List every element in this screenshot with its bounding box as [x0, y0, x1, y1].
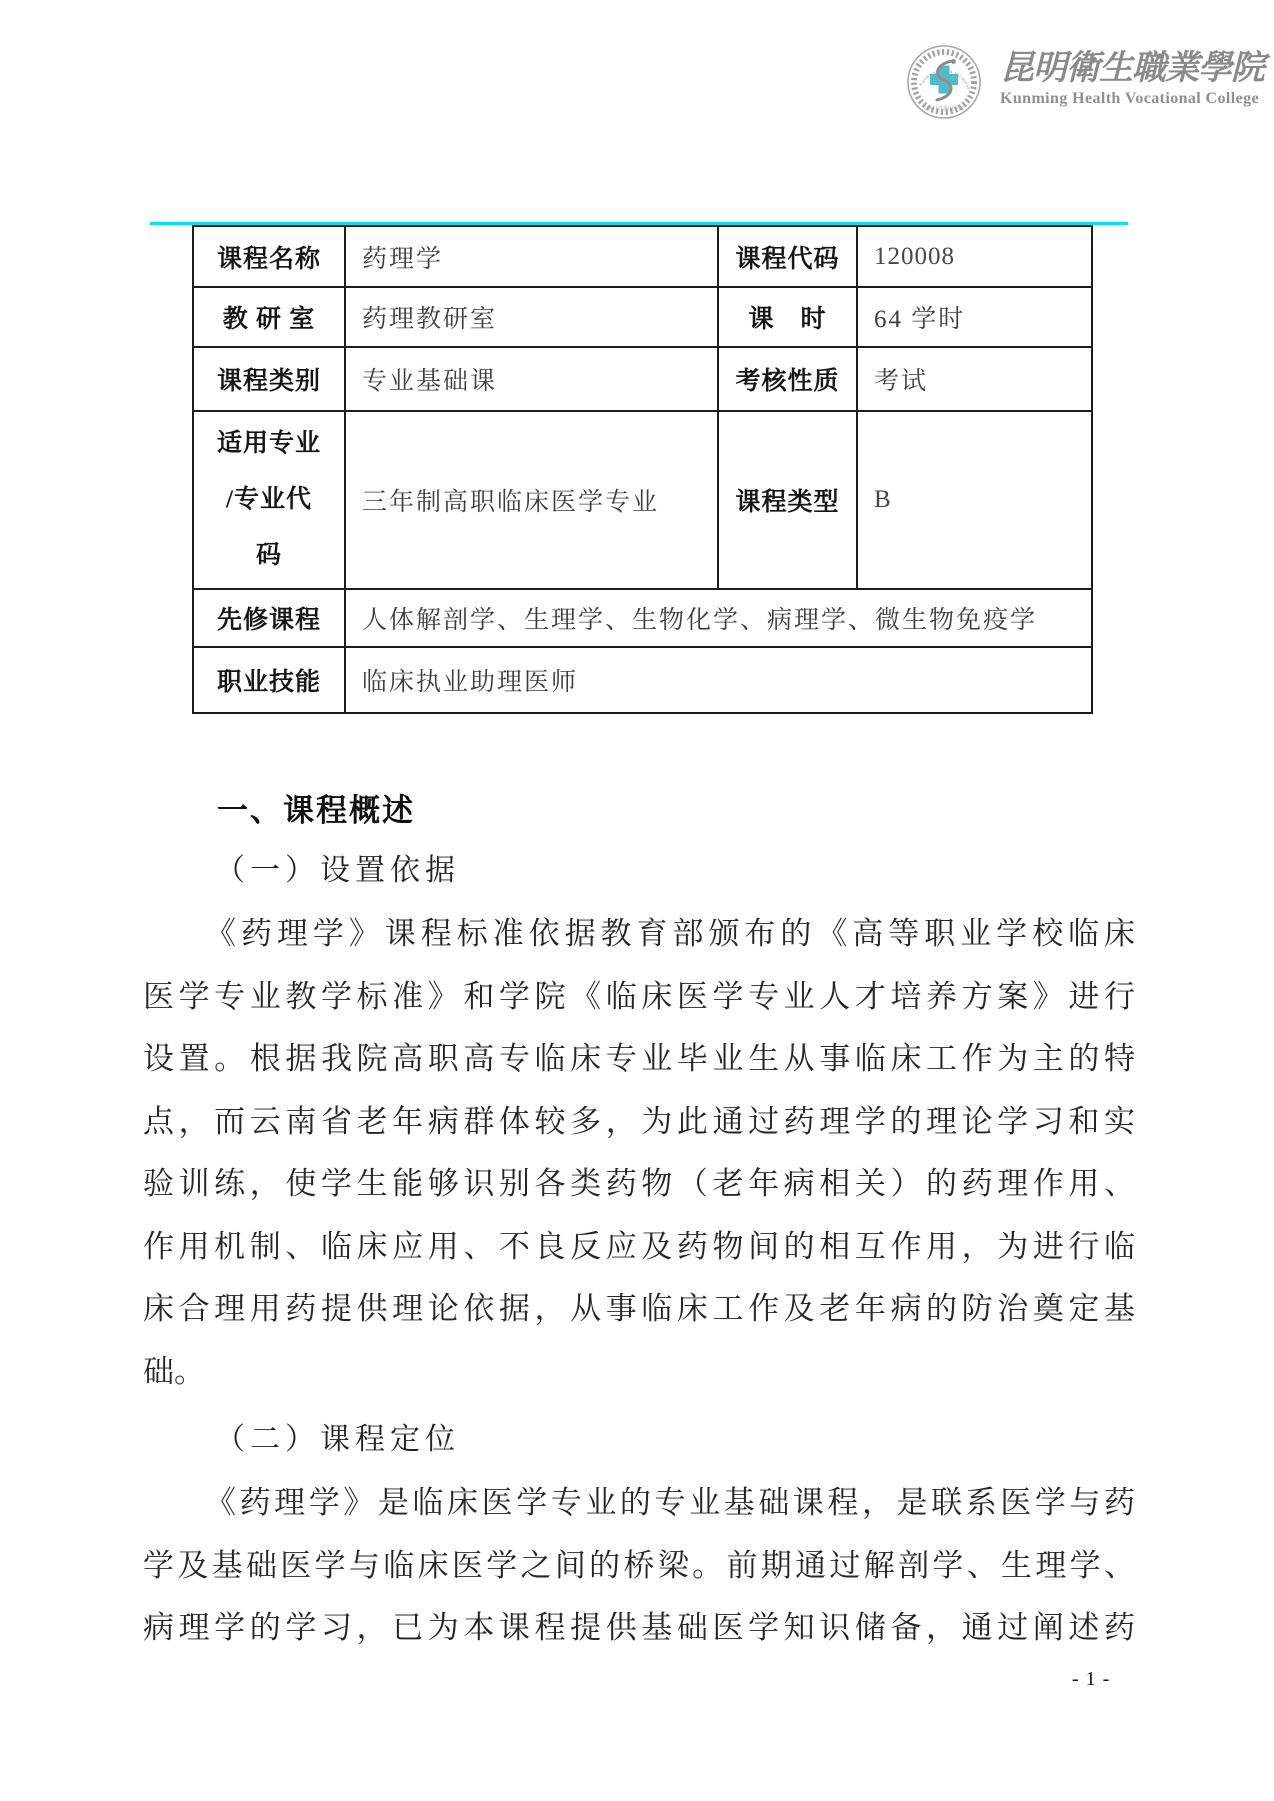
table-label-cell: 课程类型 [718, 411, 857, 589]
table-value-cell: 药理学 [345, 226, 718, 287]
page-number: - 1 - [1072, 1668, 1110, 1691]
table-value-cell: 120008 [857, 226, 1092, 287]
paragraph-line: 设置。根据我院高职高专临床专业毕业生从事临床工作为主的特 [143, 1028, 1135, 1091]
course-info-table: 课程名称药理学课程代码120008教 研 室药理教研室课 时64 学时课程类别专… [192, 225, 1093, 714]
college-name-english: Kunming Health Vocational College [1000, 89, 1258, 109]
table-label-cell: 课程代码 [718, 226, 857, 287]
table-label-cell: 适用专业/专业代码 [193, 411, 345, 589]
college-seal-icon: Kunming Health Vocational College 昆明卫生职业… [906, 44, 982, 120]
paragraph-line: 《药理学》是临床医学专业的专业基础课程，是联系医学与药 [143, 1472, 1135, 1535]
paragraph-line: 床合理用药提供理论依据，从事临床工作及老年病的防治奠定基 [143, 1278, 1135, 1341]
table-row: 教 研 室药理教研室课 时64 学时 [193, 287, 1092, 347]
college-name-calligraphy: 昆明衛生職業學院 [1000, 48, 1258, 88]
paragraph-line: 《药理学》课程标准依据教育部颁布的《高等职业学校临床 [143, 903, 1135, 966]
paragraph: 《药理学》课程标准依据教育部颁布的《高等职业学校临床医学专业教学标准》和学院《临… [143, 903, 1135, 1403]
paragraph: 《药理学》是临床医学专业的专业基础课程，是联系医学与药学及基础医学与临床医学之间… [143, 1472, 1135, 1660]
section-heading: 一、课程概述 [143, 788, 1135, 834]
table-value-cell: 三年制高职临床医学专业 [345, 411, 718, 589]
table-value-cell: 临床执业助理医师 [345, 647, 1092, 713]
sub-heading: （一）设置依据 [143, 846, 1135, 896]
table-value-cell: 专业基础课 [345, 347, 718, 411]
table-row: 适用专业/专业代码三年制高职临床医学专业课程类型B [193, 411, 1092, 589]
table-value-cell: 药理教研室 [345, 287, 718, 347]
table-row: 课程名称药理学课程代码120008 [193, 226, 1092, 287]
paragraph-line: 验训练，使学生能够识别各类药物（老年病相关）的药理作用、 [143, 1153, 1135, 1216]
paragraph-line: 作用机制、临床应用、不良反应及药物间的相互作用，为进行临 [143, 1216, 1135, 1279]
table-label-cell: 教 研 室 [193, 287, 345, 347]
table-row: 先修课程人体解剖学、生理学、生物化学、病理学、微生物免疫学 [193, 589, 1092, 647]
paragraph-line: 础。 [143, 1341, 1135, 1404]
paragraph-line: 医学专业教学标准》和学院《临床医学专业人才培养方案》进行 [143, 966, 1135, 1029]
seal-bottom-text: 昆明卫生职业学院 [924, 105, 964, 112]
table-value-cell: 考试 [857, 347, 1092, 411]
table-label-cell: 考核性质 [718, 347, 857, 411]
seal-dragon-head [951, 59, 956, 64]
table-value-cell: B [857, 411, 1092, 589]
table-label-cell: 职业技能 [193, 647, 345, 713]
table-label-cell: 课程类别 [193, 347, 345, 411]
table-label-cell: 先修课程 [193, 589, 345, 647]
table-value-cell: 64 学时 [857, 287, 1092, 347]
paragraph-line: 学及基础医学与临床医学之间的桥梁。前期通过解剖学、生理学、 [143, 1535, 1135, 1598]
table-label-cell: 课 时 [718, 287, 857, 347]
course-info-table-body: 课程名称药理学课程代码120008教 研 室药理教研室课 时64 学时课程类别专… [193, 226, 1092, 713]
table-value-cell: 人体解剖学、生理学、生物化学、病理学、微生物免疫学 [345, 589, 1092, 647]
table-label-line: 码 [195, 528, 343, 584]
table-label-line: /专业代 [195, 472, 343, 528]
sections: （一）设置依据《药理学》课程标准依据教育部颁布的《高等职业学校临床医学专业教学标… [143, 846, 1135, 1660]
table-row: 课程类别专业基础课考核性质考试 [193, 347, 1092, 411]
paragraph-line: 病理学的学习，已为本课程提供基础医学知识储备，通过阐述药 [143, 1597, 1135, 1660]
document-body: 一、课程概述 （一）设置依据《药理学》课程标准依据教育部颁布的《高等职业学校临床… [143, 788, 1135, 1660]
sub-heading: （二）课程定位 [143, 1415, 1135, 1465]
paragraph-line: 点，而云南省老年病群体较多，为此通过药理学的理论学习和实 [143, 1091, 1135, 1154]
college-logo: Kunming Health Vocational College 昆明卫生职业… [900, 42, 1260, 122]
table-row: 职业技能临床执业助理医师 [193, 647, 1092, 713]
table-label-cell: 课程名称 [193, 226, 345, 287]
table-label-line: 适用专业 [195, 416, 343, 472]
